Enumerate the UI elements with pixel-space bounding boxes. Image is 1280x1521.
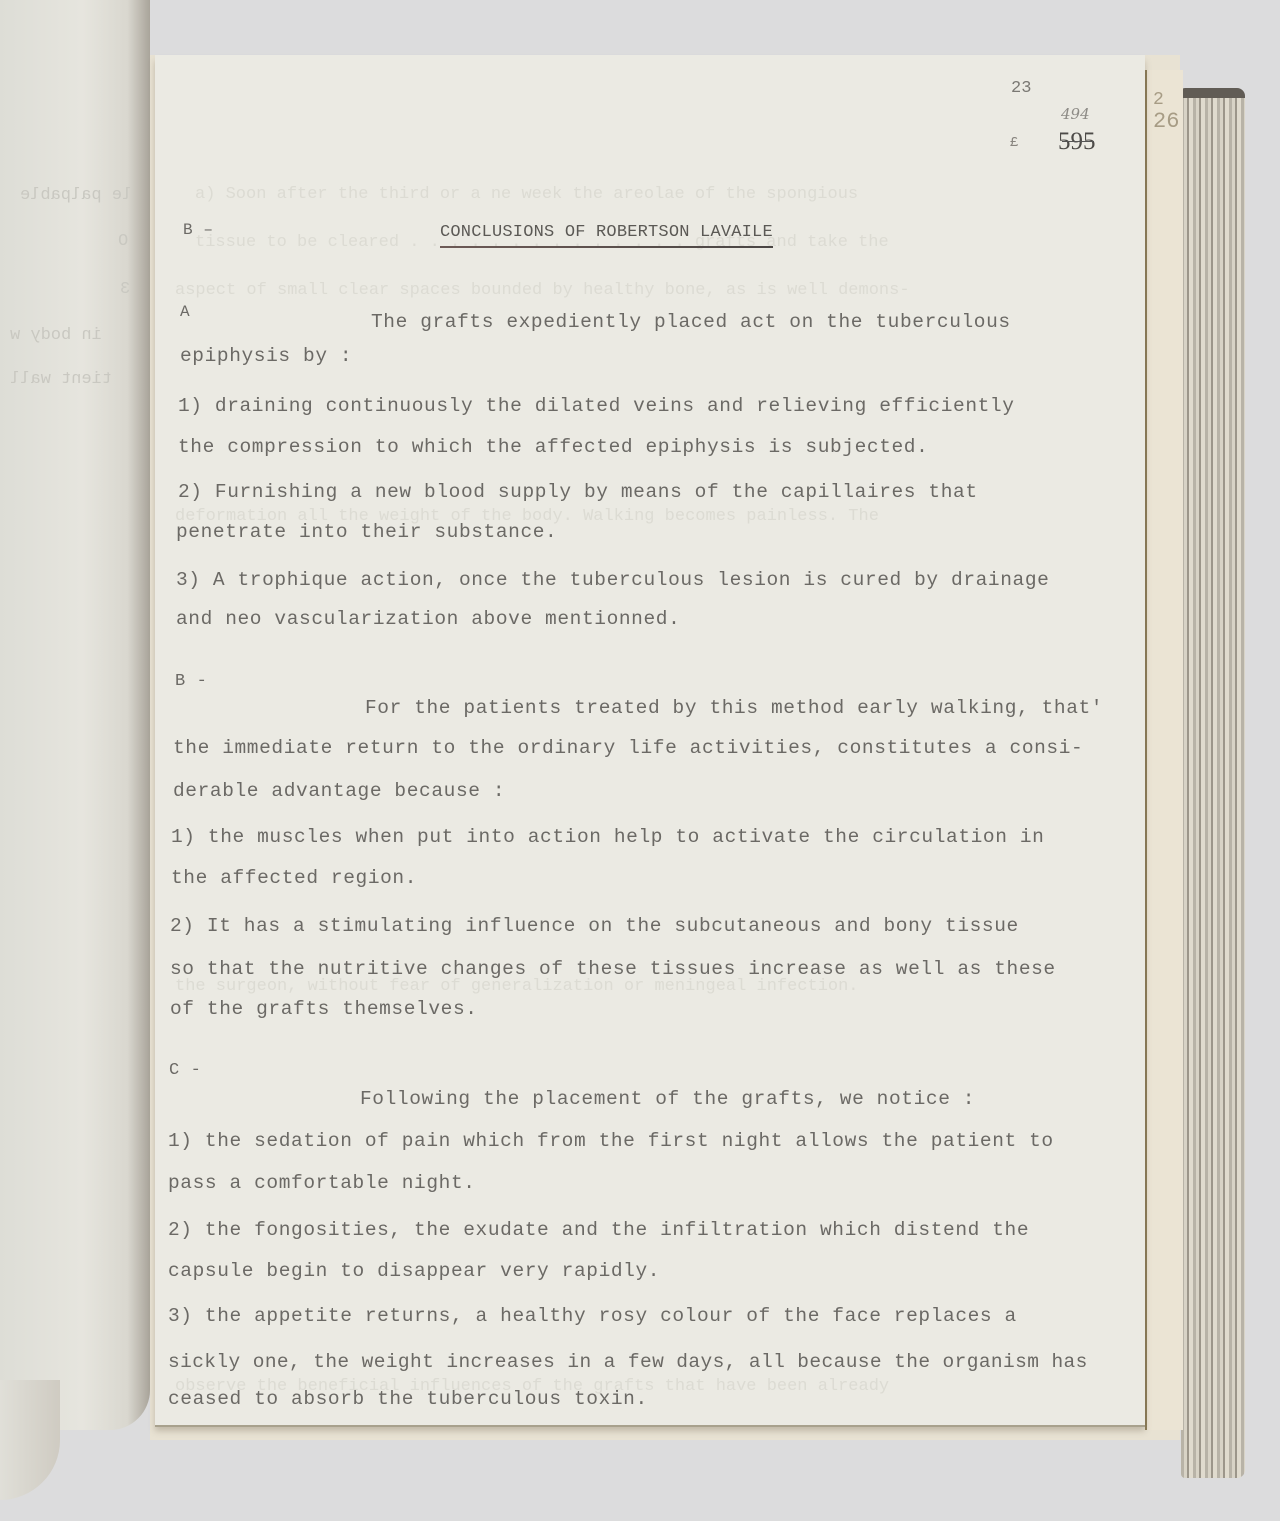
text-line: the affected region. xyxy=(171,867,417,889)
text-line: 2) It has a stimulating influence on the… xyxy=(170,915,1019,937)
typed-page: a) Soon after the third or a ne week the… xyxy=(155,55,1145,1425)
text-line: ceased to absorb the tuberculous toxin. xyxy=(168,1388,648,1410)
page-title: CONCLUSIONS OF ROBERTSON LAVAILE xyxy=(440,223,773,242)
text-line: sickly one, the weight increases in a fe… xyxy=(168,1351,1088,1373)
text-line: derable advantage because : xyxy=(173,780,505,802)
text-line: pass a comfortable night. xyxy=(168,1172,476,1194)
page-number-pencil: 494 xyxy=(1061,105,1090,123)
text-line: For the patients treated by this method … xyxy=(365,697,1103,719)
text-line: 2) the fongosities, the exudate and the … xyxy=(168,1219,1029,1241)
text-line: 3) A trophique action, once the tubercul… xyxy=(176,569,1049,591)
bleed-text: in body w xyxy=(10,326,102,345)
bleed-through-text: aspect of small clear spaces bounded by … xyxy=(175,281,910,300)
book-page-edges xyxy=(1181,88,1245,1478)
corner-mark: £ xyxy=(1010,135,1018,151)
text-line: the immediate return to the ordinary lif… xyxy=(173,737,1083,759)
text-line: Following the placement of the grafts, w… xyxy=(360,1088,975,1110)
text-line: the compression to which the affected ep… xyxy=(178,436,928,458)
text-line: penetrate into their substance. xyxy=(176,521,557,543)
text-line: and neo vascularization above mentionned… xyxy=(176,608,680,630)
bleed-text: O xyxy=(118,232,128,251)
text-line: so that the nutritive changes of these t… xyxy=(170,958,1056,980)
page-number-stamped: 595 xyxy=(1058,128,1096,156)
page-number-typed: 23 xyxy=(1011,79,1031,98)
edge-tab-number: 2 xyxy=(1153,90,1164,110)
text-line: 2) Furnishing a new blood supply by mean… xyxy=(178,481,978,503)
text-line: of the grafts themselves. xyxy=(170,998,478,1020)
page-edge-strip: 2 26 xyxy=(1145,70,1183,1430)
edge-tab-number: 26 xyxy=(1153,112,1179,132)
left-facing-page: le palpable O 3 in body w tient wall xyxy=(0,0,150,1430)
text-line: 1) the sedation of pain which from the f… xyxy=(168,1130,1054,1152)
text-line: 3) the appetite returns, a healthy rosy … xyxy=(168,1305,1017,1327)
left-page-curl xyxy=(0,1380,60,1500)
section-label: B - xyxy=(175,672,207,691)
bleed-text: 3 xyxy=(120,280,130,299)
text-line: epiphysis by : xyxy=(180,345,352,367)
bleed-text: le palpable xyxy=(20,186,132,205)
text-line: The grafts expediently placed act on the… xyxy=(371,311,1011,333)
text-line: 1) draining continuously the dilated vei… xyxy=(178,395,1015,417)
heading-marker: B – xyxy=(183,221,214,239)
section-label: C - xyxy=(169,1061,201,1080)
text-line: capsule begin to disappear very rapidly. xyxy=(168,1260,660,1282)
text-line: 1) the muscles when put into action help… xyxy=(171,826,1044,848)
section-label: A xyxy=(180,303,190,321)
bleed-through-text: a) Soon after the third or a ne week the… xyxy=(195,185,858,204)
bleed-text: tient wall xyxy=(10,370,112,389)
